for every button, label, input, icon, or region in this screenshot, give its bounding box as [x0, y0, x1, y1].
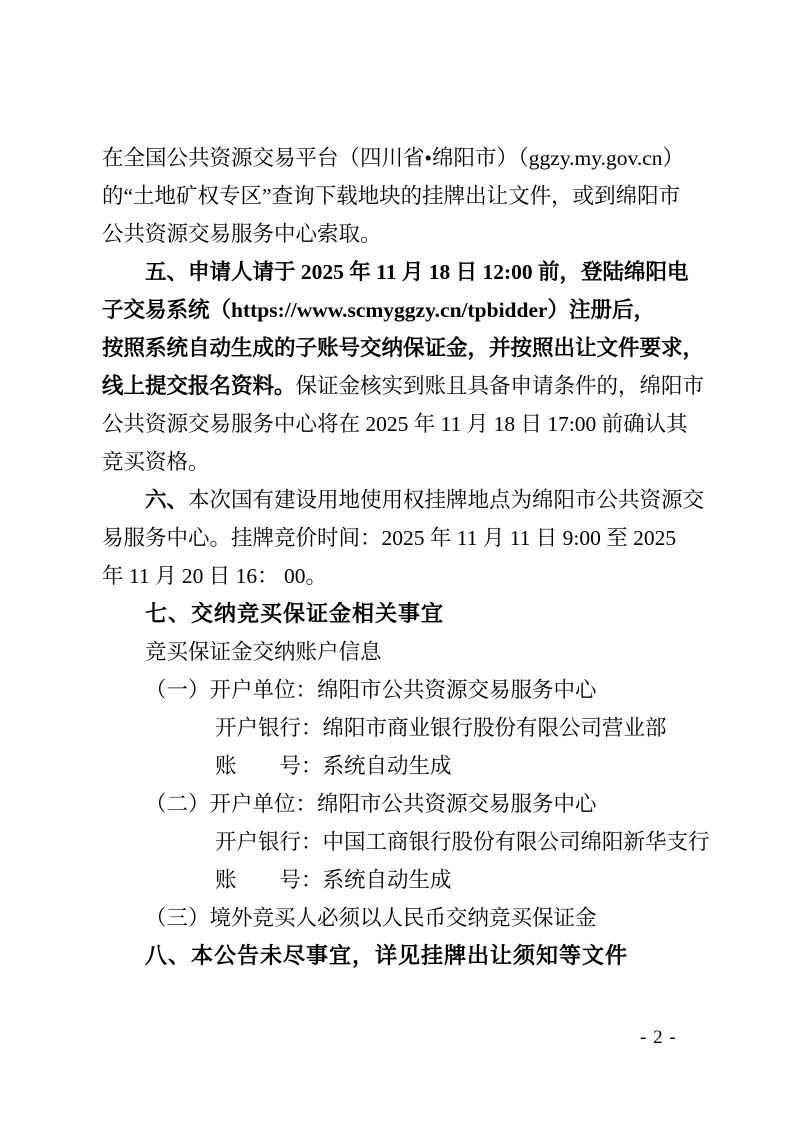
text-segment: 年 11 月 20 日 16： 00。 [102, 564, 327, 588]
para5-line-5: 公共资源交易服务中心将在 2025 年 11 月 18 日 17:00 前确认其 [102, 405, 707, 443]
account-1-bank: 开户银行：绵阳市商业银行股份有限公司营业部 [102, 709, 707, 747]
document-page: 在全国公共资源交易平台（四川省•绵阳市）（ggzy.my.gov.cn）的“土地… [0, 0, 793, 1122]
para6-line-2: 易服务中心。挂牌竞价时间：2025 年 11 月 11 日 9:00 至 202… [102, 519, 707, 557]
para6-line-3: 年 11 月 20 日 16： 00。 [102, 557, 707, 595]
text-segment: 开户银行：中国工商银行股份有限公司绵阳新华支行 [215, 830, 710, 854]
account-2-unit: （二）开户单位：绵阳市公共资源交易服务中心 [102, 785, 707, 823]
page-number: - 2 - [640, 1026, 677, 1050]
text-segment: （三）境外竞买人必须以人民币交纳竞买保证金 [145, 906, 597, 930]
text-segment: 七、交纳竞买保证金相关事宜 [145, 601, 444, 626]
para5-line-2: 子交易系统（https://www.scmyggzy.cn/tpbidder）注… [102, 291, 707, 329]
para5-line-3: 按照系统自动生成的子账号交纳保证金，并按照出让文件要求， [102, 329, 707, 367]
text-segment: 开户银行：绵阳市商业银行股份有限公司营业部 [215, 716, 667, 740]
text-segment: 竞买保证金交纳账户信息 [145, 640, 382, 664]
account-2-bank: 开户银行：中国工商银行股份有限公司绵阳新华支行 [102, 823, 707, 861]
text-segment: 账 号：系统自动生成 [215, 754, 452, 778]
para4-continuation-line-2: 的“土地矿权专区”查询下载地块的挂牌出让文件，或到绵阳市 [102, 177, 707, 215]
text-segment: 八、本公告未尽事宜，详见挂牌出让须知等文件 [145, 943, 628, 968]
account-1-number: 账 号：系统自动生成 [102, 747, 707, 785]
para4-continuation-line-3: 公共资源交易服务中心索取。 [102, 215, 707, 253]
text-segment: 公共资源交易服务中心将在 2025 年 11 月 18 日 17:00 前确认其 [102, 412, 688, 436]
text-segment: （二）开户单位：绵阳市公共资源交易服务中心 [145, 792, 597, 816]
text-segment: 账 号：系统自动生成 [215, 868, 452, 892]
text-segment: 子交易系统（https://www.scmyggzy.cn/tpbidder）注… [102, 298, 655, 322]
para5-line-4: 线上提交报名资料。保证金核实到账且具备申请条件的，绵阳市 [102, 367, 707, 405]
text-segment: 易服务中心。挂牌竞价时间：2025 年 11 月 11 日 9:00 至 202… [102, 526, 676, 550]
text-segment: 线上提交报名资料。 [102, 374, 296, 398]
account-3-note: （三）境外竞买人必须以人民币交纳竞买保证金 [102, 899, 707, 937]
account-info-intro: 竞买保证金交纳账户信息 [102, 633, 707, 671]
document-body: 在全国公共资源交易平台（四川省•绵阳市）（ggzy.my.gov.cn）的“土地… [102, 139, 707, 975]
text-segment: 的“土地矿权专区”查询下载地块的挂牌出让文件，或到绵阳市 [102, 184, 680, 208]
text-segment: 公共资源交易服务中心索取。 [102, 222, 382, 246]
para5-line-6: 竞买资格。 [102, 443, 707, 481]
text-segment: （一）开户单位：绵阳市公共资源交易服务中心 [145, 678, 597, 702]
para5-line-1: 五、申请人请于 2025 年 11 月 18 日 12:00 前，登陆绵阳电 [102, 253, 707, 291]
text-segment: 在全国公共资源交易平台（四川省•绵阳市）（ggzy.my.gov.cn） [102, 146, 684, 170]
para4-continuation-line-1: 在全国公共资源交易平台（四川省•绵阳市）（ggzy.my.gov.cn） [102, 139, 707, 177]
text-segment: 竞买资格。 [102, 450, 210, 474]
text-segment: 本次国有建设用地使用权挂牌地点为绵阳市公共资源交 [188, 488, 704, 512]
para6-line-1: 六、本次国有建设用地使用权挂牌地点为绵阳市公共资源交 [102, 481, 707, 519]
text-segment: 保证金核实到账且具备申请条件的，绵阳市 [296, 374, 705, 398]
heading-section-7: 七、交纳竞买保证金相关事宜 [102, 595, 707, 633]
text-segment: 六、 [145, 488, 188, 512]
heading-section-8: 八、本公告未尽事宜，详见挂牌出让须知等文件 [102, 937, 707, 975]
text-segment: 按照系统自动生成的子账号交纳保证金，并按照出让文件要求， [102, 336, 704, 360]
account-2-number: 账 号：系统自动生成 [102, 861, 707, 899]
account-1-unit: （一）开户单位：绵阳市公共资源交易服务中心 [102, 671, 707, 709]
text-segment: 五、申请人请于 2025 年 11 月 18 日 12:00 前，登陆绵阳电 [145, 260, 688, 284]
